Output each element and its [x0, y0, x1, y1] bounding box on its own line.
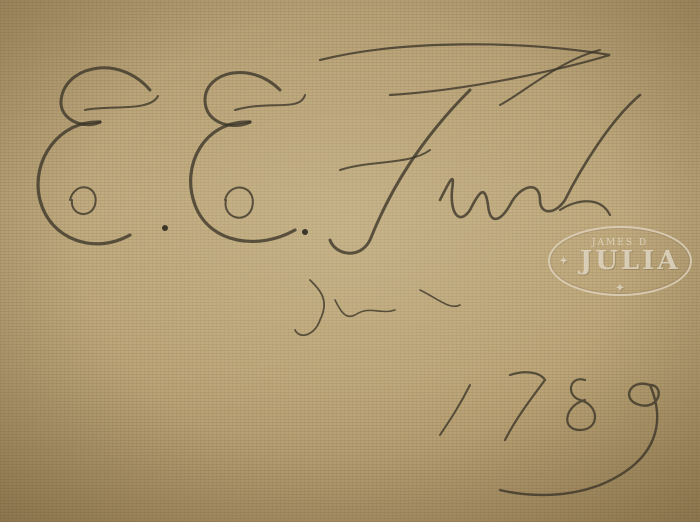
watermark-main: ✦ JULIA ✦ [550, 248, 690, 302]
star-icon: ✦ [559, 256, 567, 267]
watermark-main-text: JULIA [580, 246, 681, 276]
watermark-stamp: JAMES D ✦ JULIA ✦ [548, 226, 692, 296]
canvas-photo: E. E. Finch Pinx 1789 JAMES D ✦ JULIA ✦ [0, 0, 700, 522]
star-icon: ✦ [616, 283, 624, 294]
